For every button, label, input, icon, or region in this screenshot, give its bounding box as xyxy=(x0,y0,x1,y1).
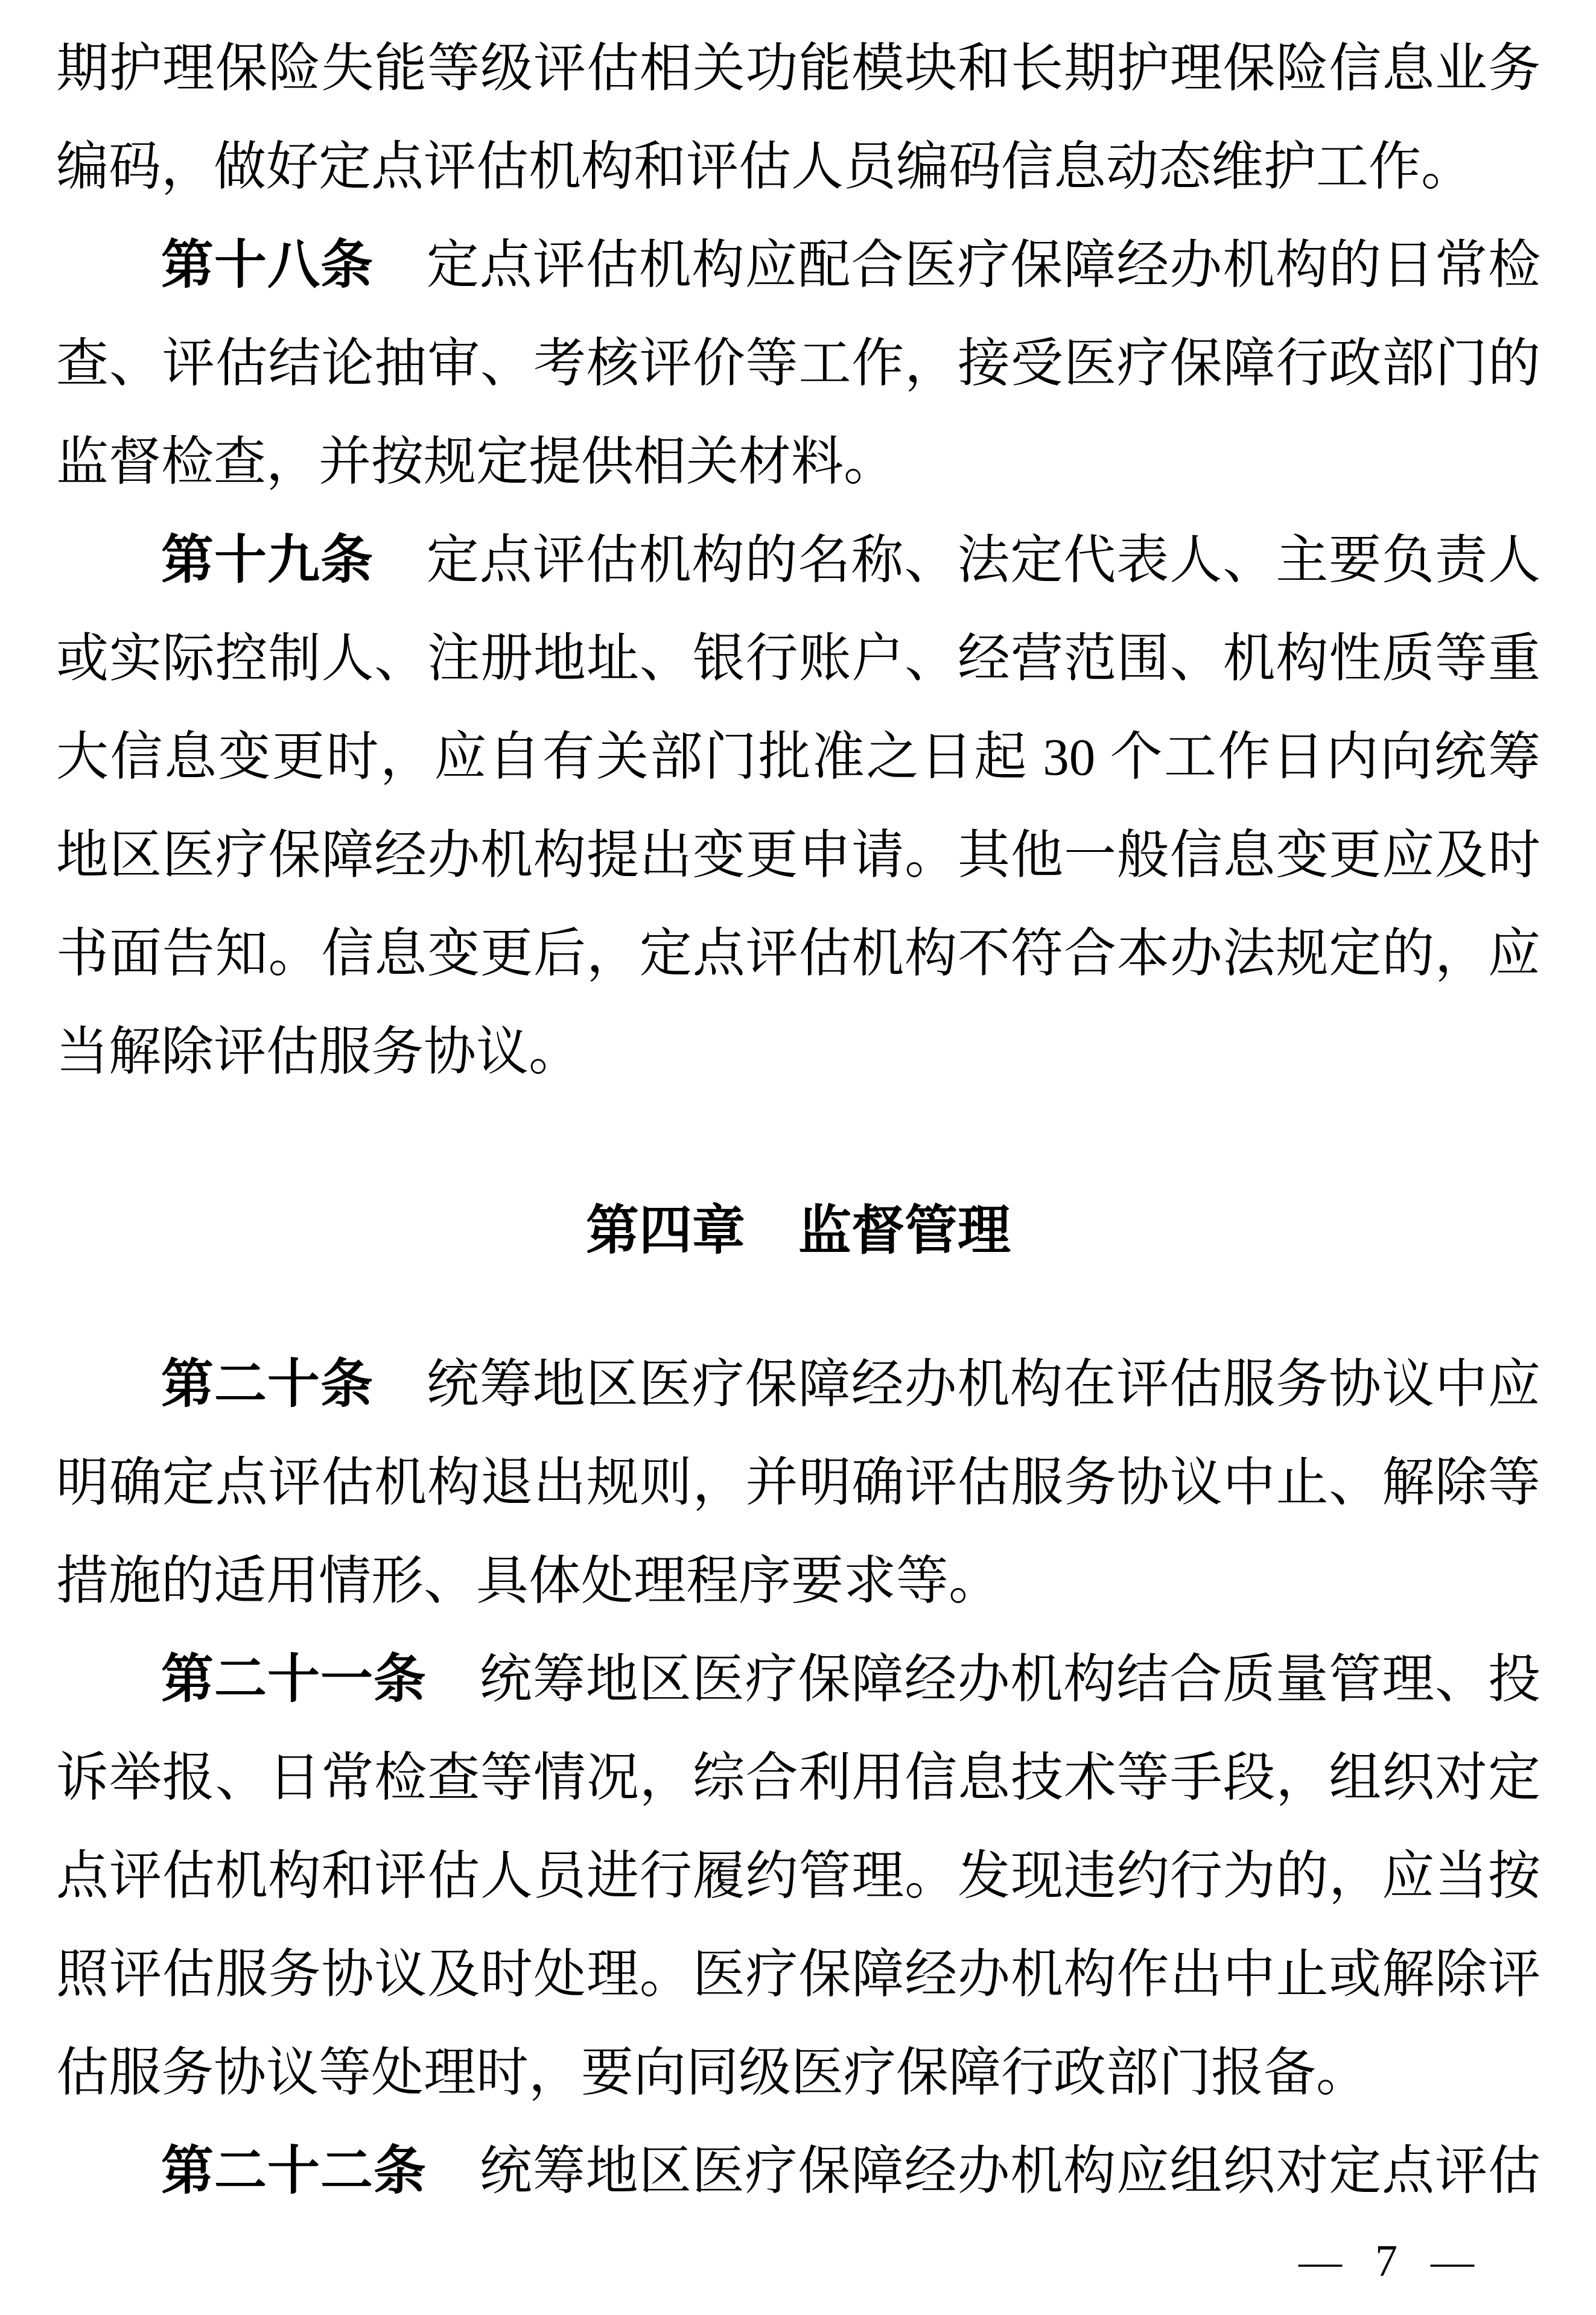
article-22-label: 第二十二条 xyxy=(161,2142,427,2200)
body-line: 估服务协议等处理时，要向同级医疗保障行政部门报备。 xyxy=(56,2024,1540,2122)
line-text: 估服务协议等处理时，要向同级医疗保障行政部门报备。 xyxy=(56,2043,1369,2102)
line-text: 照评估服务协议及时处理。医疗保障经办机构作出中止或解除评 xyxy=(56,1945,1540,2004)
article-21-label: 第二十一条 xyxy=(161,1650,427,1709)
line-text: 地区医疗保障经办机构提出变更申请。其他一般信息变更应及时 xyxy=(56,826,1540,884)
line-text: 定点评估机构的名称、法定代表人、主要负责人 xyxy=(374,531,1540,589)
body-line: 照评估服务协议及时处理。医疗保障经办机构作出中止或解除评 xyxy=(56,1925,1540,2024)
page-content: 期护理保险失能等级评估相关功能模块和长期护理保险信息业务 编码，做好定点评估机构… xyxy=(56,19,1540,2220)
line-text: 当解除评估服务协议。 xyxy=(56,1023,581,1081)
line-text: 统筹地区医疗保障经办机构在评估服务协议中应 xyxy=(374,1355,1540,1414)
article-20-label: 第二十条 xyxy=(161,1355,374,1414)
document-page: 期护理保险失能等级评估相关功能模块和长期护理保险信息业务 编码，做好定点评估机构… xyxy=(0,0,1596,2315)
line-text: 大信息变更时，应自有关部门批准之日起 30 个工作日内向统筹 xyxy=(56,728,1540,786)
paragraph-start-line: 第十九条 定点评估机构的名称、法定代表人、主要负责人 xyxy=(56,511,1540,609)
paragraph-start-line: 第二十二条 统筹地区医疗保障经办机构应组织对定点评估 xyxy=(56,2122,1540,2220)
line-text: 统筹地区医疗保障经办机构结合质量管理、投 xyxy=(427,1650,1540,1709)
body-line: 明确定点评估机构退出规则，并明确评估服务协议中止、解除等 xyxy=(56,1434,1540,1532)
chapter-heading: 第四章 监督管理 xyxy=(56,1181,1540,1279)
line-text: 定点评估机构应配合医疗保障经办机构的日常检 xyxy=(374,236,1540,294)
line-text: 措施的适用情形、具体处理程序要求等。 xyxy=(56,1552,1001,1610)
paragraph-start-line: 第十八条 定点评估机构应配合医疗保障经办机构的日常检 xyxy=(56,216,1540,314)
line-text: 查、评估结论抽审、考核评价等工作，接受医疗保障行政部门的 xyxy=(56,334,1540,393)
line-text: 编码，做好定点评估机构和评估人员编码信息动态维护工作。 xyxy=(56,138,1474,196)
body-line: 监督检查，并按规定提供相关材料。 xyxy=(56,413,1540,511)
body-line: 大信息变更时，应自有关部门批准之日起 30 个工作日内向统筹 xyxy=(56,708,1540,806)
line-text: 期护理保险失能等级评估相关功能模块和长期护理保险信息业务 xyxy=(56,39,1540,98)
body-line: 或实际控制人、注册地址、银行账户、经营范围、机构性质等重 xyxy=(56,609,1540,708)
body-line: 地区医疗保障经办机构提出变更申请。其他一般信息变更应及时 xyxy=(56,806,1540,904)
page-footer: — 7 — xyxy=(1299,2232,1474,2290)
body-line: 查、评估结论抽审、考核评价等工作，接受医疗保障行政部门的 xyxy=(56,314,1540,413)
paragraph-start-line: 第二十条 统筹地区医疗保障经办机构在评估服务协议中应 xyxy=(56,1335,1540,1434)
line-text: 点评估机构和评估人员进行履约管理。发现违约行为的，应当按 xyxy=(56,1847,1540,1905)
line-text: 或实际控制人、注册地址、银行账户、经营范围、机构性质等重 xyxy=(56,629,1540,688)
body-line: 点评估机构和评估人员进行履约管理。发现违约行为的，应当按 xyxy=(56,1827,1540,1925)
body-line: 书面告知。信息变更后，定点评估机构不符合本办法规定的，应 xyxy=(56,904,1540,1003)
body-line: 期护理保险失能等级评估相关功能模块和长期护理保险信息业务 xyxy=(56,19,1540,118)
footer-dash-left: — xyxy=(1299,2232,1342,2290)
line-text: 统筹地区医疗保障经办机构应组织对定点评估 xyxy=(427,2142,1540,2200)
article-19-label: 第十九条 xyxy=(161,531,374,589)
body-line: 诉举报、日常检查等情况，综合利用信息技术等手段，组织对定 xyxy=(56,1729,1540,1827)
line-text: 监督检查，并按规定提供相关材料。 xyxy=(56,433,896,491)
line-text: 诉举报、日常检查等情况，综合利用信息技术等手段，组织对定 xyxy=(56,1748,1540,1807)
line-text: 书面告知。信息变更后，定点评估机构不符合本办法规定的，应 xyxy=(56,924,1540,983)
body-line: 措施的适用情形、具体处理程序要求等。 xyxy=(56,1532,1540,1630)
article-18-label: 第十八条 xyxy=(161,236,374,294)
footer-dash-right: — xyxy=(1431,2232,1474,2290)
body-line: 编码，做好定点评估机构和评估人员编码信息动态维护工作。 xyxy=(56,118,1540,216)
body-line: 当解除评估服务协议。 xyxy=(56,1003,1540,1101)
page-number: 7 xyxy=(1375,2232,1397,2290)
line-text: 明确定点评估机构退出规则，并明确评估服务协议中止、解除等 xyxy=(56,1453,1540,1512)
paragraph-start-line: 第二十一条 统筹地区医疗保障经办机构结合质量管理、投 xyxy=(56,1630,1540,1729)
